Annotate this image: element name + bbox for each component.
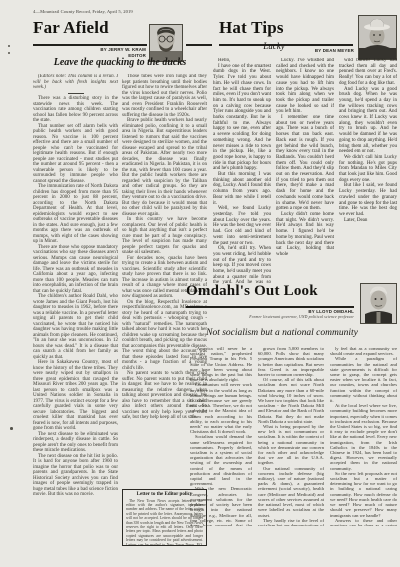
omdahl-column-2: grown from 5,000 members to 60,000. Poll… (258, 346, 324, 526)
dean-meyer-photo (358, 15, 397, 60)
portrait-man-suit (361, 284, 396, 323)
hat-tips-col2-text: Lucky. I've whistled and called and chec… (276, 58, 334, 258)
far-afield-heading: Leave the quacking to the ducks (33, 57, 207, 68)
masthead: 4—Mountrail County Record, Friday, April… (33, 9, 133, 14)
note-divider (68, 93, 84, 94)
omdahl-title: Omdahl's Out Look (186, 284, 318, 299)
scan-artifact (8, 45, 10, 47)
hat-tips-heading: Lucky (213, 42, 335, 52)
far-afield-title: Far Afield (33, 19, 109, 36)
omdahl-heading: Not socialism but a national community (196, 328, 368, 338)
scan-artifact (8, 52, 10, 54)
hat-tips-title: Hat Tips (219, 19, 284, 36)
omdahl-column-1: "America will never be a socialist natio… (190, 346, 252, 526)
portrait-man-beard-glasses (150, 25, 182, 61)
byline-credentials: Former lieutenant governor, UND politica… (208, 315, 354, 320)
far-afield-rule (33, 44, 147, 46)
editors-note: (Editors note: This column is a rerun. I… (33, 74, 118, 91)
far-afield-col1-text: There was a disturbing story in the stat… (33, 96, 118, 498)
omdahl-column-3: ly feel that as a community we should cr… (330, 346, 397, 526)
hat-tips-column-1: Hello, I have one of the smartest dumb d… (213, 58, 271, 284)
omdahl-col1-text: "America will never be a socialist natio… (190, 346, 252, 526)
hat-tips-col3-text: wild bunch! Lucky had tracked them all d… (339, 58, 397, 223)
portrait-man-cowboy-hat (359, 16, 396, 59)
far-afield-column-1: (Editors note: This column is a rerun. I… (33, 74, 118, 556)
omdahl-rule (186, 306, 354, 308)
omdahl-byline: BY LLOYD OMDAHL Former lieutenant govern… (208, 309, 354, 319)
newspaper-page: 4—Mountrail County Record, Friday, April… (0, 0, 400, 567)
hat-tips-column-3: wild bunch! Lucky had tracked them all d… (339, 58, 397, 284)
hat-tips-column-2: Lucky. I've whistled and called and chec… (276, 58, 334, 284)
lloyd-omdahl-photo (360, 283, 397, 324)
omdahl-col3-text: ly feel that as a community we should cr… (330, 346, 397, 526)
scan-artifact (10, 427, 13, 430)
omdahl-col2-text: grown from 5,000 members to 60,000. Poll… (258, 346, 324, 526)
hat-tips-col1-text: I have one of the smartest dumb dogs in … (213, 64, 271, 284)
far-afield-rule-segment (186, 44, 212, 46)
